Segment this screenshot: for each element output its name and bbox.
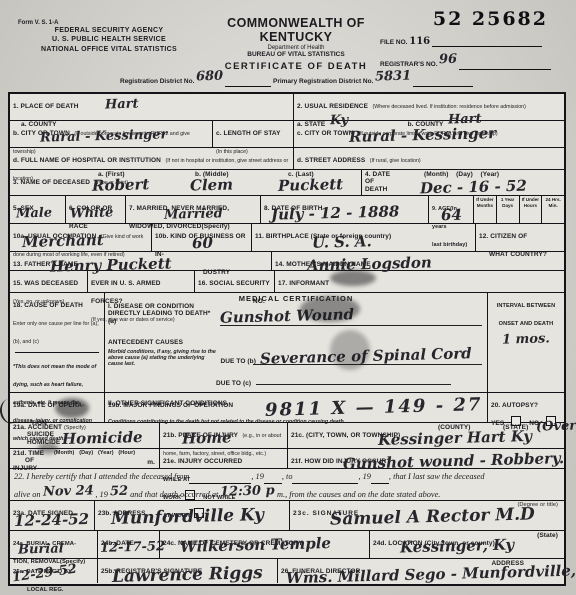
cause-center-column: MEDICAL CERTIFICATION I. DISEASE OR COND… (105, 293, 488, 392)
industry-value: 60 (192, 234, 213, 253)
occupation-cell: 10a. USUAL OCCUPATION (Give kind of work… (10, 224, 152, 251)
row-parents: 13. FATHER'S NAME Henry Puckett 14. MOTH… (10, 252, 564, 271)
registration-district-label: Registration District No. (120, 78, 194, 85)
injury-occurred-label: 21e. INJURY OCCURRED (163, 458, 242, 465)
autopsy-label: 20. AUTOPSY? (491, 402, 538, 409)
cause-a-value: Gunshot Wound (220, 305, 354, 327)
sex-value: Male (16, 206, 52, 222)
age-value: 64 (441, 206, 462, 225)
pod-county-value: Hart (105, 97, 139, 113)
commonwealth-title: COMMONWEALTH OF KENTUCKY (196, 16, 396, 44)
operation-findings-cell: 19b. MAJOR FINDINGS OF OPERATION 9811 X … (105, 393, 488, 422)
row-burial: 24a. BURIAL, CREMA- TION, REMOVAL(Specif… (10, 531, 564, 559)
res-street-label: d. STREET ADDRESS (297, 157, 365, 164)
agency-line-3: NATIONAL OFFICE VITAL STATISTICS (14, 45, 204, 54)
name-middle-value: Clem (190, 175, 234, 194)
row-name-dod: 3. NAME OF DECEASED (Type or Print) a. (… (10, 170, 564, 196)
row-physician-signature: 23a. DATE SIGNED 12-24-52 23b. ADDRESS M… (10, 501, 564, 531)
registrar-signature-cell: 25b. REGISTRAR'S SIGNATURE Lawrence Rigg… (98, 559, 278, 583)
operation-findings-value: 9811 X — 149 - 27 (265, 394, 483, 421)
file-number-value: 116 (409, 36, 430, 47)
physician-signature-cell: 23c. SIGNATURE (Degree or title) Samuel … (290, 501, 564, 530)
row-registrar: 25a. DATE REC'D BY LOCAL REG. 12-29-52 2… (10, 559, 564, 583)
mother-cell: 14. MOTHER'S MAIDEN NAME Annie Logsdon (272, 252, 564, 270)
operation-findings-label: 19b. MAJOR FINDINGS OF OPERATION (108, 402, 233, 409)
dob-cell: 8. DATE OF BIRTH July - 12 - 1888 (261, 196, 429, 223)
due-c-label: DUE TO (c) (216, 380, 251, 387)
death-time-value: 12:30 p (220, 481, 275, 503)
date-received-cell: 25a. DATE REC'D BY LOCAL REG. 12-29-52 (10, 559, 98, 583)
manner-value: Homicide (62, 428, 143, 448)
row-injury-detail: 21d. TIME OF INJURY (Month) (Day) (Year)… (10, 449, 564, 469)
name-label: 3. NAME OF DECEASED (13, 179, 90, 186)
stamped-certificate-number: 52 25682 (433, 8, 548, 30)
armed-forces-label-1: 15. WAS DECEASED (13, 280, 78, 287)
res-city-value: Rural - Kessinger (349, 124, 496, 146)
registration-district-line: Registration District No. 680 Primary Re… (120, 72, 560, 87)
place-of-death-section: 1. PLACE OF DEATH a. COUNTY Hart b. CITY… (10, 94, 294, 169)
registration-district-value: 680 (196, 69, 224, 85)
name-first-value: Robert (92, 175, 150, 194)
file-number-rule (432, 36, 542, 47)
issuing-agency-block: Form V. S. 1-A FEDERAL SECURITY AGENCY U… (14, 20, 204, 54)
interval-label: INTERVAL BETWEEN ONSET AND DEATH (497, 303, 555, 327)
injury-occurred-cell: 21e. INJURY OCCURRED WHILE AT WORK NOT W… (160, 449, 288, 468)
under-24hr-hours-box: If UnderHours (520, 196, 543, 223)
row-vitals: 5. SEX Male 6. COLOR OR RACE White 7. MA… (10, 196, 564, 224)
funeral-director-value: Wms. Millard Sego - Munfordville, Ky (286, 561, 576, 587)
father-value: Henry Puckett (50, 254, 172, 275)
mother-value: Annie Logsdon (307, 253, 432, 274)
primary-district-label: Primary Registration District No. (273, 78, 373, 85)
registrar-number-rule (459, 59, 551, 70)
certification-statement: 22. I hereby certify that I attended the… (10, 469, 564, 500)
dod-label: 4. DATE OF DEATH (365, 171, 399, 193)
agency-line-1: FEDERAL SECURITY AGENCY (14, 26, 204, 35)
burial-date-value: 12-17-52 (100, 539, 165, 556)
dob-value: July - 12 - 1888 (271, 202, 400, 223)
agency-line-2: U. S. PUBLIC HEALTH SERVICE (14, 35, 204, 44)
pod-hospital-label: d. FULL NAME OF HOSPITAL OR INSTITUTION (13, 157, 161, 164)
cause-left-column: 18. CAUSE OF DEATH Enter only one cause … (10, 293, 105, 392)
injury-location-cell: 21c. (CITY, TOWN, OR TOWNSHIP) (COUNTY) … (288, 423, 564, 448)
birthplace-cell: 11. BIRTHPLACE (State or foreign country… (252, 224, 476, 251)
date-received-value: 12-29-52 (11, 562, 78, 586)
certificate-header: Form V. S. 1-A FEDERAL SECURITY AGENCY U… (0, 0, 576, 92)
row-injury-manner: 21a. ACCIDENT (Specify) SUICIDE HOMICIDE… (10, 423, 564, 449)
physician-address-cell: 23b. ADDRESS Munfordville Ky (95, 501, 290, 530)
pod-stay-label: c. LENGTH OF STAY (216, 130, 281, 137)
interval-column: INTERVAL BETWEEN ONSET AND DEATH 1 mos. (488, 293, 564, 392)
last-seen-year-value: 52 (110, 482, 129, 503)
date-of-death-cell: 4. DATE OF DEATH (Month) (Day) (Year) De… (362, 170, 564, 195)
row-place-residence: 1. PLACE OF DEATH a. COUNTY Hart b. CITY… (10, 94, 564, 170)
age-cell: 9. AGE(In years last birthday) 64 (429, 196, 474, 223)
row-operation: 19a. DATE OF OPERA- TION 19b. MAJOR FIND… (10, 393, 564, 423)
row-certification-statement: 22. I hereby certify that I attended the… (10, 469, 564, 501)
age-under-boxes: If UnderMonths 1 YearDays If UnderHours … (474, 196, 564, 223)
date-signed-value: 12-24-52 (14, 510, 90, 530)
pod-stay-note: (In this place) (216, 149, 248, 155)
antecedent-note: Morbid conditions, if any, giving rise t… (108, 349, 216, 367)
last-seen-alive-value: Nov 24 (42, 481, 93, 502)
injury-time-columns: (Month) (Day) (Year) (Hour) (54, 450, 135, 456)
res-city-label: c. CITY OR TOWN (297, 130, 354, 137)
cemetery-value: Wilkerson Temple (180, 534, 331, 556)
father-cell: 13. FATHER'S NAME Henry Puckett (10, 252, 272, 270)
physician-address-value: Munfordville Ky (111, 505, 264, 529)
race-cell: 6. COLOR OR RACE White (66, 196, 126, 223)
interval-value: 1 mos. (502, 331, 550, 347)
pod-city-value: Rural - Kessinger (40, 127, 168, 145)
certificate-form: 1. PLACE OF DEATH a. COUNTY Hart b. CITY… (8, 92, 566, 586)
autopsy-cell: 20. AUTOPSY? YES NO (488, 393, 564, 422)
place-of-death-title: 1. PLACE OF DEATH (13, 103, 79, 110)
registrar-number-label: REGISTRAR'S NO. (380, 61, 438, 68)
manner-cell: 21a. ACCIDENT (Specify) SUICIDE HOMICIDE… (10, 423, 160, 448)
due-b-label: DUE TO (b) (220, 358, 256, 365)
bureau-line: BUREAU OF VITAL STATISTICS (196, 51, 396, 58)
under-1yr-days-box: 1 YearDays (497, 196, 520, 223)
informant-label: 17. INFORMANT (278, 280, 329, 287)
dod-value: Dec - 16 - 52 (420, 177, 527, 198)
occupation-value: Merchant (22, 231, 104, 251)
marital-value: Married (164, 206, 223, 223)
file-number-label: FILE NO. (380, 39, 407, 46)
marital-cell: 7. MARRIED, NEVER MARRIED, WIDOWED, DIVO… (126, 196, 261, 223)
usual-residence-section: 2. USUAL RESIDENCE (Where deceased lived… (294, 94, 564, 169)
injury-time-m: m. (147, 459, 155, 466)
primary-district-rule (413, 76, 473, 87)
over-note: (Over) (536, 418, 576, 434)
injury-time-cell: 21d. TIME OF INJURY (Month) (Day) (Year)… (10, 449, 160, 468)
burial-date-cell: 24b. DATE 12-17-52 (98, 531, 160, 558)
burial-location-state-label: (State) (537, 532, 558, 539)
title-block: COMMONWEALTH OF KENTUCKY Department of H… (196, 16, 396, 72)
date-signed-cell: 23a. DATE SIGNED 12-24-52 (10, 501, 95, 530)
death-certificate-scan: Form V. S. 1-A FEDERAL SECURITY AGENCY U… (0, 0, 576, 595)
sex-cell: 5. SEX Male (10, 196, 66, 223)
res-street-note: (If rural, give location) (370, 158, 421, 164)
injury-place-value: Home (182, 428, 232, 447)
certificate-title: CERTIFICATE OF DEATH (196, 61, 396, 72)
injury-location-value: Kessinger Hart Ky (378, 427, 532, 449)
how-injury-cell: 21f. HOW DID INJURY OCCUR? Gunshot wound… (288, 449, 564, 468)
burial-type-cell: 24a. BURIAL, CREMA- TION, REMOVAL(Specif… (10, 531, 98, 558)
ssn-cell: 16. SOCIAL SECURITY NO. (195, 271, 275, 292)
birthplace-value: U. S. A. (312, 232, 372, 252)
burial-type-value: Burial (18, 541, 64, 557)
registrar-number-value: 96 (439, 52, 457, 67)
race-value: White (70, 205, 114, 221)
cemetery-cell: 24c. NAME OF CEMETERY OR CREMATORY Wilke… (160, 531, 370, 558)
file-number-line: FILE NO. 116 (380, 36, 566, 47)
registration-district-rule (225, 76, 271, 87)
name-of-deceased-cell: 3. NAME OF DECEASED (Type or Print) a. (… (10, 170, 362, 195)
burial-location-value: Kessinger, Ky (400, 536, 515, 557)
cause-label: 18. CAUSE OF DEATH (13, 302, 83, 309)
row-cause-of-death: 18. CAUSE OF DEATH Enter only one cause … (10, 293, 564, 393)
residence-title-note: (Where deceased lived. If institution: r… (372, 104, 525, 110)
burial-location-cell: 24d. LOCATION (City, town, or county) (S… (370, 531, 564, 558)
registrar-signature-value: Lawrence Riggs (112, 563, 263, 587)
name-last-value: Puckett (278, 175, 344, 195)
physician-signature-value: Samuel A Rector M.D (330, 504, 535, 529)
under-1yr-months-box: If UnderMonths (474, 196, 497, 223)
antecedent-label: ANTECEDENT CAUSES (108, 339, 183, 346)
primary-district-value: 5831 (375, 69, 412, 85)
residence-title: 2. USUAL RESIDENCE (297, 103, 368, 110)
under-24hr-min-box: 24 Hrs.Min. (542, 196, 564, 223)
row-occupation: 10a. USUAL OCCUPATION (Give kind of work… (10, 224, 564, 252)
medical-certification-title: MEDICAL CERTIFICATION (108, 294, 484, 303)
cause-a-label: I. DISEASE OR CONDITION DIRECTLY LEADING… (108, 303, 216, 325)
cause-note: Enter only one cause per line for (a), (… (13, 321, 99, 345)
injury-place-cell: 21b. PLACE OF INJURY (e.g., in or about … (160, 423, 288, 448)
citizen-cell: 12. CITIZEN OF WHAT COUNTRY? (476, 224, 564, 251)
industry-cell: 10b. KIND OF BUSINESS OR IN- DUSTRY 60 (152, 224, 252, 251)
funeral-director-cell: 26. FUNERAL DIRECTOR ADDRESS Wms. Millar… (278, 559, 564, 583)
ssn-label: 16. SOCIAL SECURITY (198, 280, 270, 287)
